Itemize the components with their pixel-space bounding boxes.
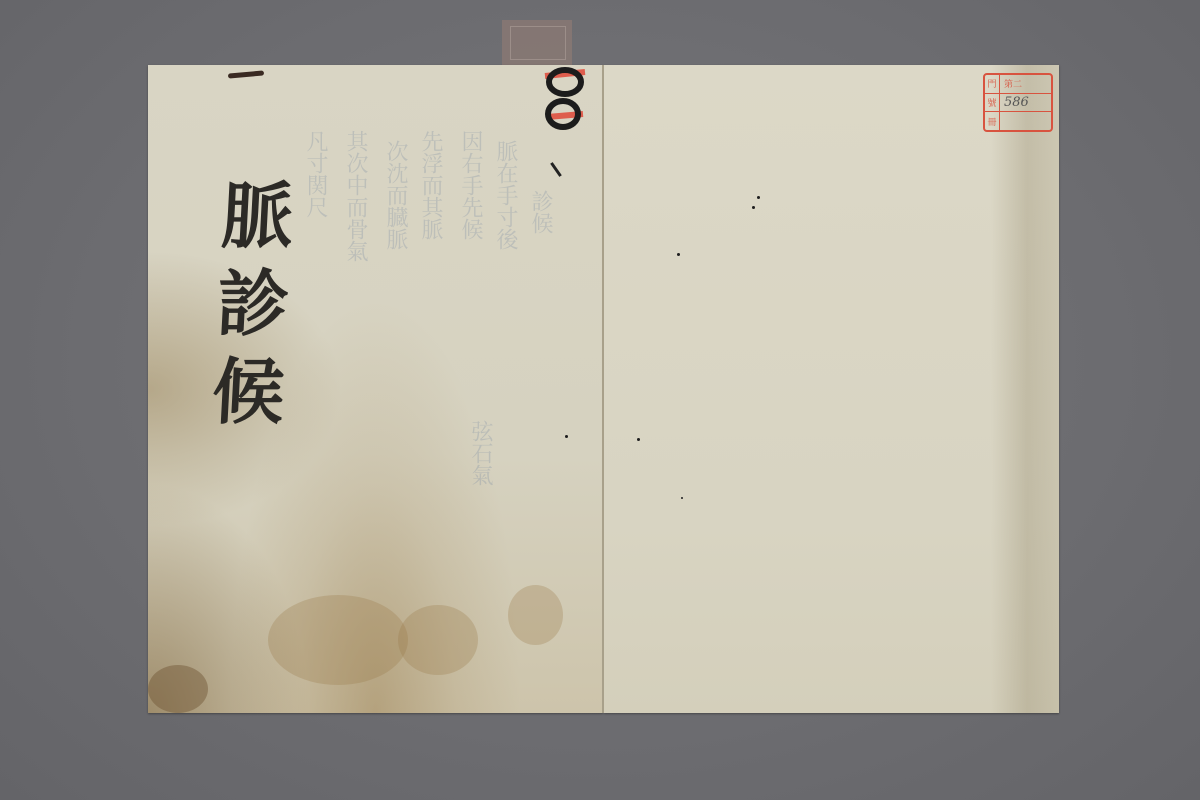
- document-title: 脈 診 候: [191, 172, 315, 436]
- bleed-text-col: 其次中而骨氣: [340, 130, 370, 262]
- bleed-text-col: 次沈而臓脈: [380, 140, 410, 250]
- book-spine: [602, 65, 604, 713]
- bleed-text-col: 因右手先候: [455, 130, 485, 240]
- bleed-text-col: 弦石氣: [465, 420, 495, 486]
- water-stain: [508, 585, 563, 645]
- title-char: 候: [210, 348, 287, 436]
- water-stain: [398, 605, 478, 675]
- archive-label-tab: [502, 20, 572, 66]
- bleed-text-col: 診候: [525, 190, 555, 234]
- red-ink-mark-icon: [535, 62, 595, 142]
- title-char: 脈: [219, 172, 296, 260]
- stamp-key: 冊: [985, 112, 1000, 130]
- label-tab-ghost-text: [510, 26, 566, 60]
- ink-speck: [752, 206, 755, 209]
- water-stain: [148, 665, 208, 713]
- ink-speck: [637, 438, 640, 441]
- ink-speck: [681, 497, 683, 499]
- stamp-row: 冊: [985, 112, 1051, 130]
- ink-speck: [677, 253, 680, 256]
- title-char: 診: [215, 260, 292, 348]
- water-stain: [268, 595, 408, 685]
- stamp-row: 門 第二: [985, 75, 1051, 94]
- bleed-text-col: 先浮而其脈: [415, 130, 445, 240]
- bleed-text-col: 脈在手寸後: [490, 140, 520, 250]
- stamp-row: 號 586: [985, 94, 1051, 113]
- stamp-value: 第二: [1000, 77, 1022, 90]
- stamp-key: 號: [985, 94, 1000, 112]
- stamp-key: 門: [985, 75, 1000, 93]
- ink-speck: [565, 435, 568, 438]
- library-stamp: 門 第二 號 586 冊: [983, 73, 1053, 132]
- stamp-value: 586: [1000, 95, 1029, 110]
- right-page: [604, 65, 1059, 713]
- ink-speck: [757, 196, 760, 199]
